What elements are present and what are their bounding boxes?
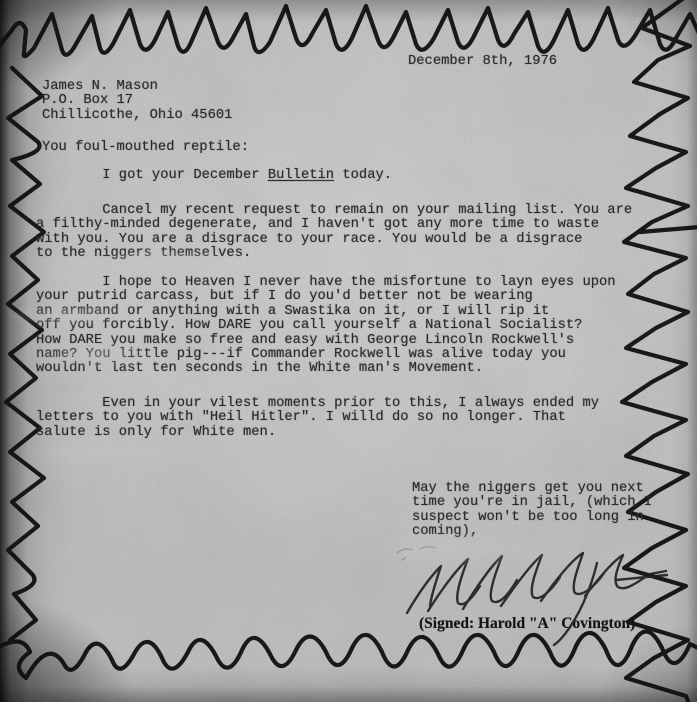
paragraph-1: I got your December Bulletin today. (36, 169, 672, 183)
underlined-word: Bulletin (268, 168, 334, 183)
signature-stroke (541, 553, 604, 601)
salutation: You foul-mouthed reptile: (42, 141, 249, 155)
signature-stroke (501, 555, 560, 606)
letter-date: December 8th, 1976 (408, 55, 557, 69)
signature-tail-stroke (554, 563, 597, 645)
signature-stroke (463, 556, 517, 609)
scribble-border-bottom (0, 631, 697, 678)
scribble-border (0, 0, 697, 702)
blotch-rect (0, 0, 697, 702)
paragraph-1-prefix: I got your December (36, 168, 268, 183)
faint-ink-smudge (397, 547, 435, 560)
paper-grain-texture (0, 0, 697, 702)
signature-caption: (Signed: Harold "A" Covington) (419, 617, 635, 631)
scan-shadow-vignette (0, 0, 697, 702)
signature-stroke (407, 566, 441, 613)
scanned-letter-page: December 8th, 1976 James N. Mason P.O. B… (0, 0, 697, 702)
scribble-border-left (6, 68, 44, 640)
scribble-border-right (622, 0, 697, 702)
paragraph-1-suffix: today. (334, 168, 392, 183)
signature-flourish (616, 575, 667, 580)
letter-body: December 8th, 1976 James N. Mason P.O. B… (0, 0, 697, 702)
signature-scrawl (0, 0, 697, 702)
grain-rect (0, 0, 697, 702)
paragraph-2: Cancel my recent request to remain on yo… (36, 204, 672, 262)
paragraph-3: I hope to Heaven I never have the misfor… (36, 276, 672, 377)
closing-paragraph: May the niggers get you next time you're… (412, 482, 682, 540)
signature-stroke (585, 555, 666, 596)
ink-fade-overlay (0, 0, 697, 702)
scribble-border-top (0, 6, 697, 56)
signature-stroke (428, 559, 480, 611)
paragraph-4: Even in your vilest moments prior to thi… (36, 397, 672, 440)
recipient-address: James N. Mason P.O. Box 17 Chillicothe, … (42, 80, 232, 123)
